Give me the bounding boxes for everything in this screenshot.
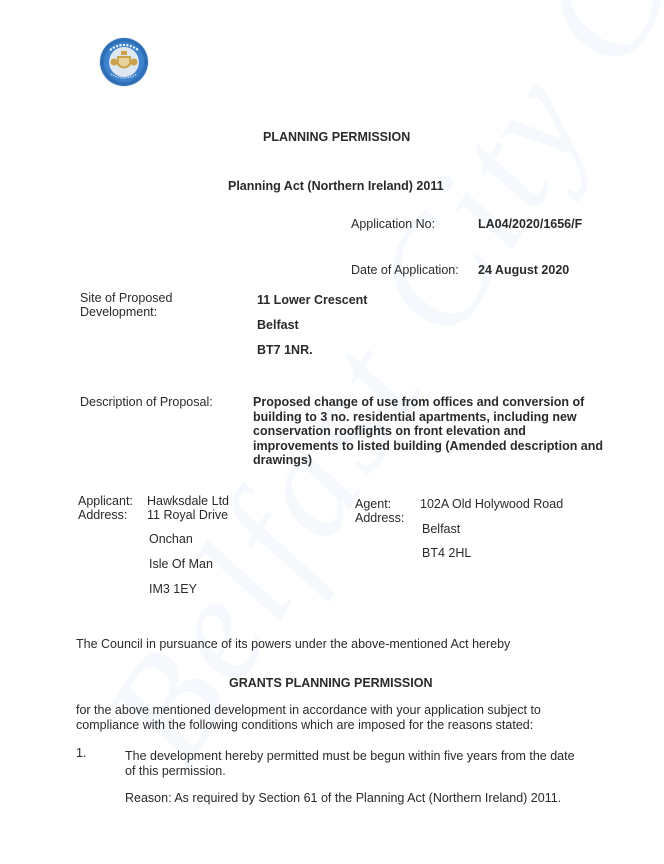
agent-address-line2: Belfast [422,522,460,536]
applicant-address-line1: 11 Royal Drive [147,508,228,522]
grant-heading: GRANTS PLANNING PERMISSION [229,676,433,690]
grant-text-line1: for the above mentioned development in a… [76,703,541,717]
proposal-label: Description of Proposal: [80,395,213,409]
condition-number: 1. [76,746,86,760]
agent-address-line3: BT4 2HL [422,546,471,560]
grant-text-line2: compliance with the following conditions… [76,718,533,732]
site-address-line2: Belfast [257,318,299,332]
proposal-line: Proposed change of use from offices and … [253,395,613,410]
planning-permission-document: Belfast City Council PLANNING PERMISSION… [0,0,664,864]
applicant-name: Hawksdale Ltd [147,494,229,508]
proposal-line: improvements to listed building (Amended… [253,439,613,454]
council-intro-text: The Council in pursuance of its powers u… [76,637,510,651]
proposal-line: building to 3 no. residential apartments… [253,410,613,425]
council-crest-logo [98,36,150,88]
proposal-line: conservation rooflights on front elevati… [253,424,613,439]
agent-address-line1: 102A Old Holywood Road [420,497,563,511]
agent-address-label: Address: [355,511,404,525]
document-subtitle: Planning Act (Northern Ireland) 2011 [228,179,444,193]
application-number-value: LA04/2020/1656/F [478,217,582,231]
site-label-line1: Site of Proposed [80,291,172,305]
application-number-label: Application No: [351,217,435,231]
document-title: PLANNING PERMISSION [263,130,410,144]
applicant-address-label: Address: [78,508,127,522]
proposal-line: drawings) [253,453,613,468]
applicant-address-line4: IM3 1EY [149,582,197,596]
agent-label: Agent: [355,497,391,511]
applicant-address-line2: Onchan [149,532,193,546]
applicant-label: Applicant: [78,494,133,508]
site-address-line1: 11 Lower Crescent [257,293,367,307]
applicant-address-line3: Isle Of Man [149,557,213,571]
application-date-value: 24 August 2020 [478,263,569,277]
condition-reason: Reason: As required by Section 61 of the… [125,791,561,805]
site-address-line3: BT7 1NR. [257,343,313,357]
condition-text-line1: The development hereby permitted must be… [125,749,575,763]
proposal-description: Proposed change of use from offices and … [253,395,613,468]
site-label-line2: Development: [80,305,157,319]
application-date-label: Date of Application: [351,263,459,277]
condition-text-line2: of this permission. [125,764,226,778]
